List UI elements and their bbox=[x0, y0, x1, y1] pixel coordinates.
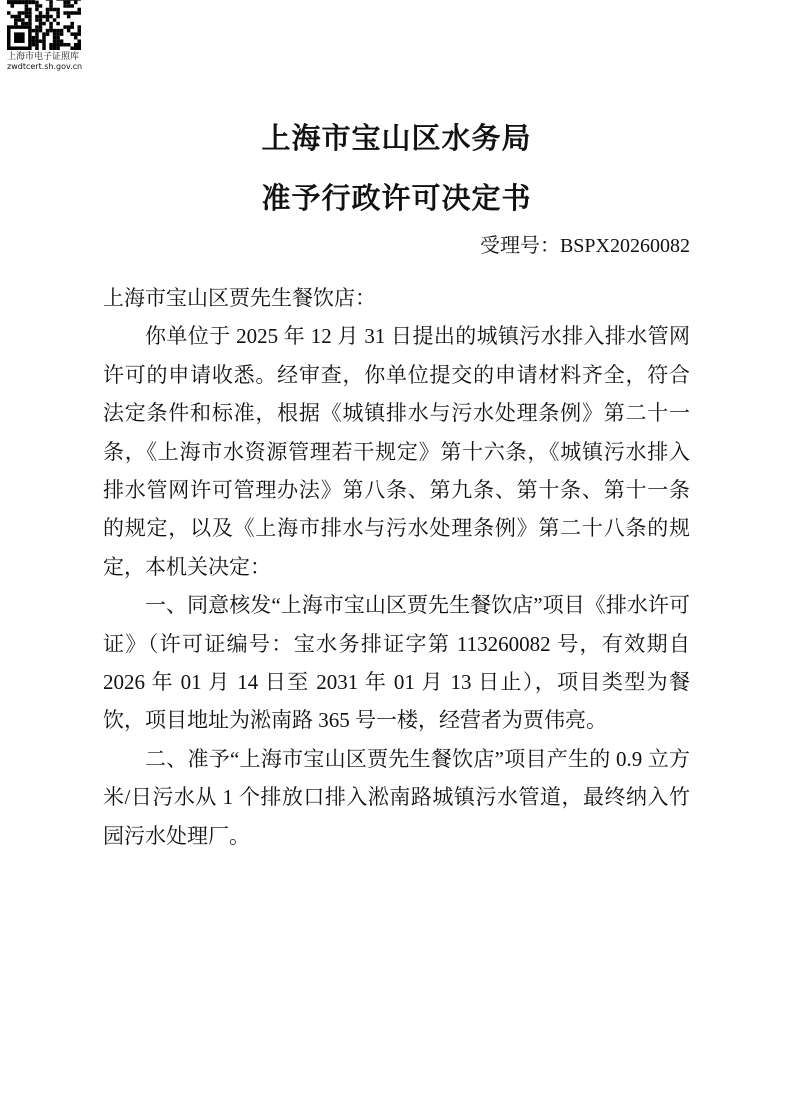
case-number-label: 受理号： bbox=[480, 235, 560, 257]
body-paragraph-3: 二、准予“上海市宝山区贾先生餐饮店”项目产生的 0.9 立方米/日污水从 1 个… bbox=[103, 740, 690, 855]
recipient-line: 上海市宝山区贾先生餐饮店： bbox=[103, 279, 690, 317]
qr-clip bbox=[7, 0, 81, 50]
issuer-title: 上海市宝山区水务局 bbox=[103, 125, 690, 154]
qr-caption-library: 上海市电子证照库 bbox=[7, 51, 85, 62]
eseal-stamp: 上海市电子证照库 zwdtcert.sh.gov.cn bbox=[7, 0, 85, 72]
case-number-value: BSPX20260082 bbox=[560, 235, 690, 257]
document-body: 上海市宝山区贾先生餐饮店： 你单位于 2025 年 12 月 31 日提出的城镇… bbox=[103, 279, 690, 855]
body-paragraph-2: 一、同意核发“上海市宝山区贾先生餐饮店”项目《排水许可证》（许可证编号：宝水务排… bbox=[103, 586, 690, 740]
body-paragraph-1: 你单位于 2025 年 12 月 31 日提出的城镇污水排入排水管网许可的申请收… bbox=[103, 317, 690, 586]
document-title: 准予行政许可决定书 bbox=[103, 185, 690, 214]
document-page: 上海市电子证照库 zwdtcert.sh.gov.cn 上海市宝山区水务局 准予… bbox=[0, 0, 794, 1093]
qr-caption-url: zwdtcert.sh.gov.cn bbox=[7, 62, 85, 72]
qr-code-icon bbox=[7, 0, 81, 50]
case-number-line: 受理号：BSPX20260082 bbox=[103, 235, 690, 258]
document-content: 上海市宝山区水务局 准予行政许可决定书 受理号：BSPX20260082 上海市… bbox=[103, 125, 690, 855]
